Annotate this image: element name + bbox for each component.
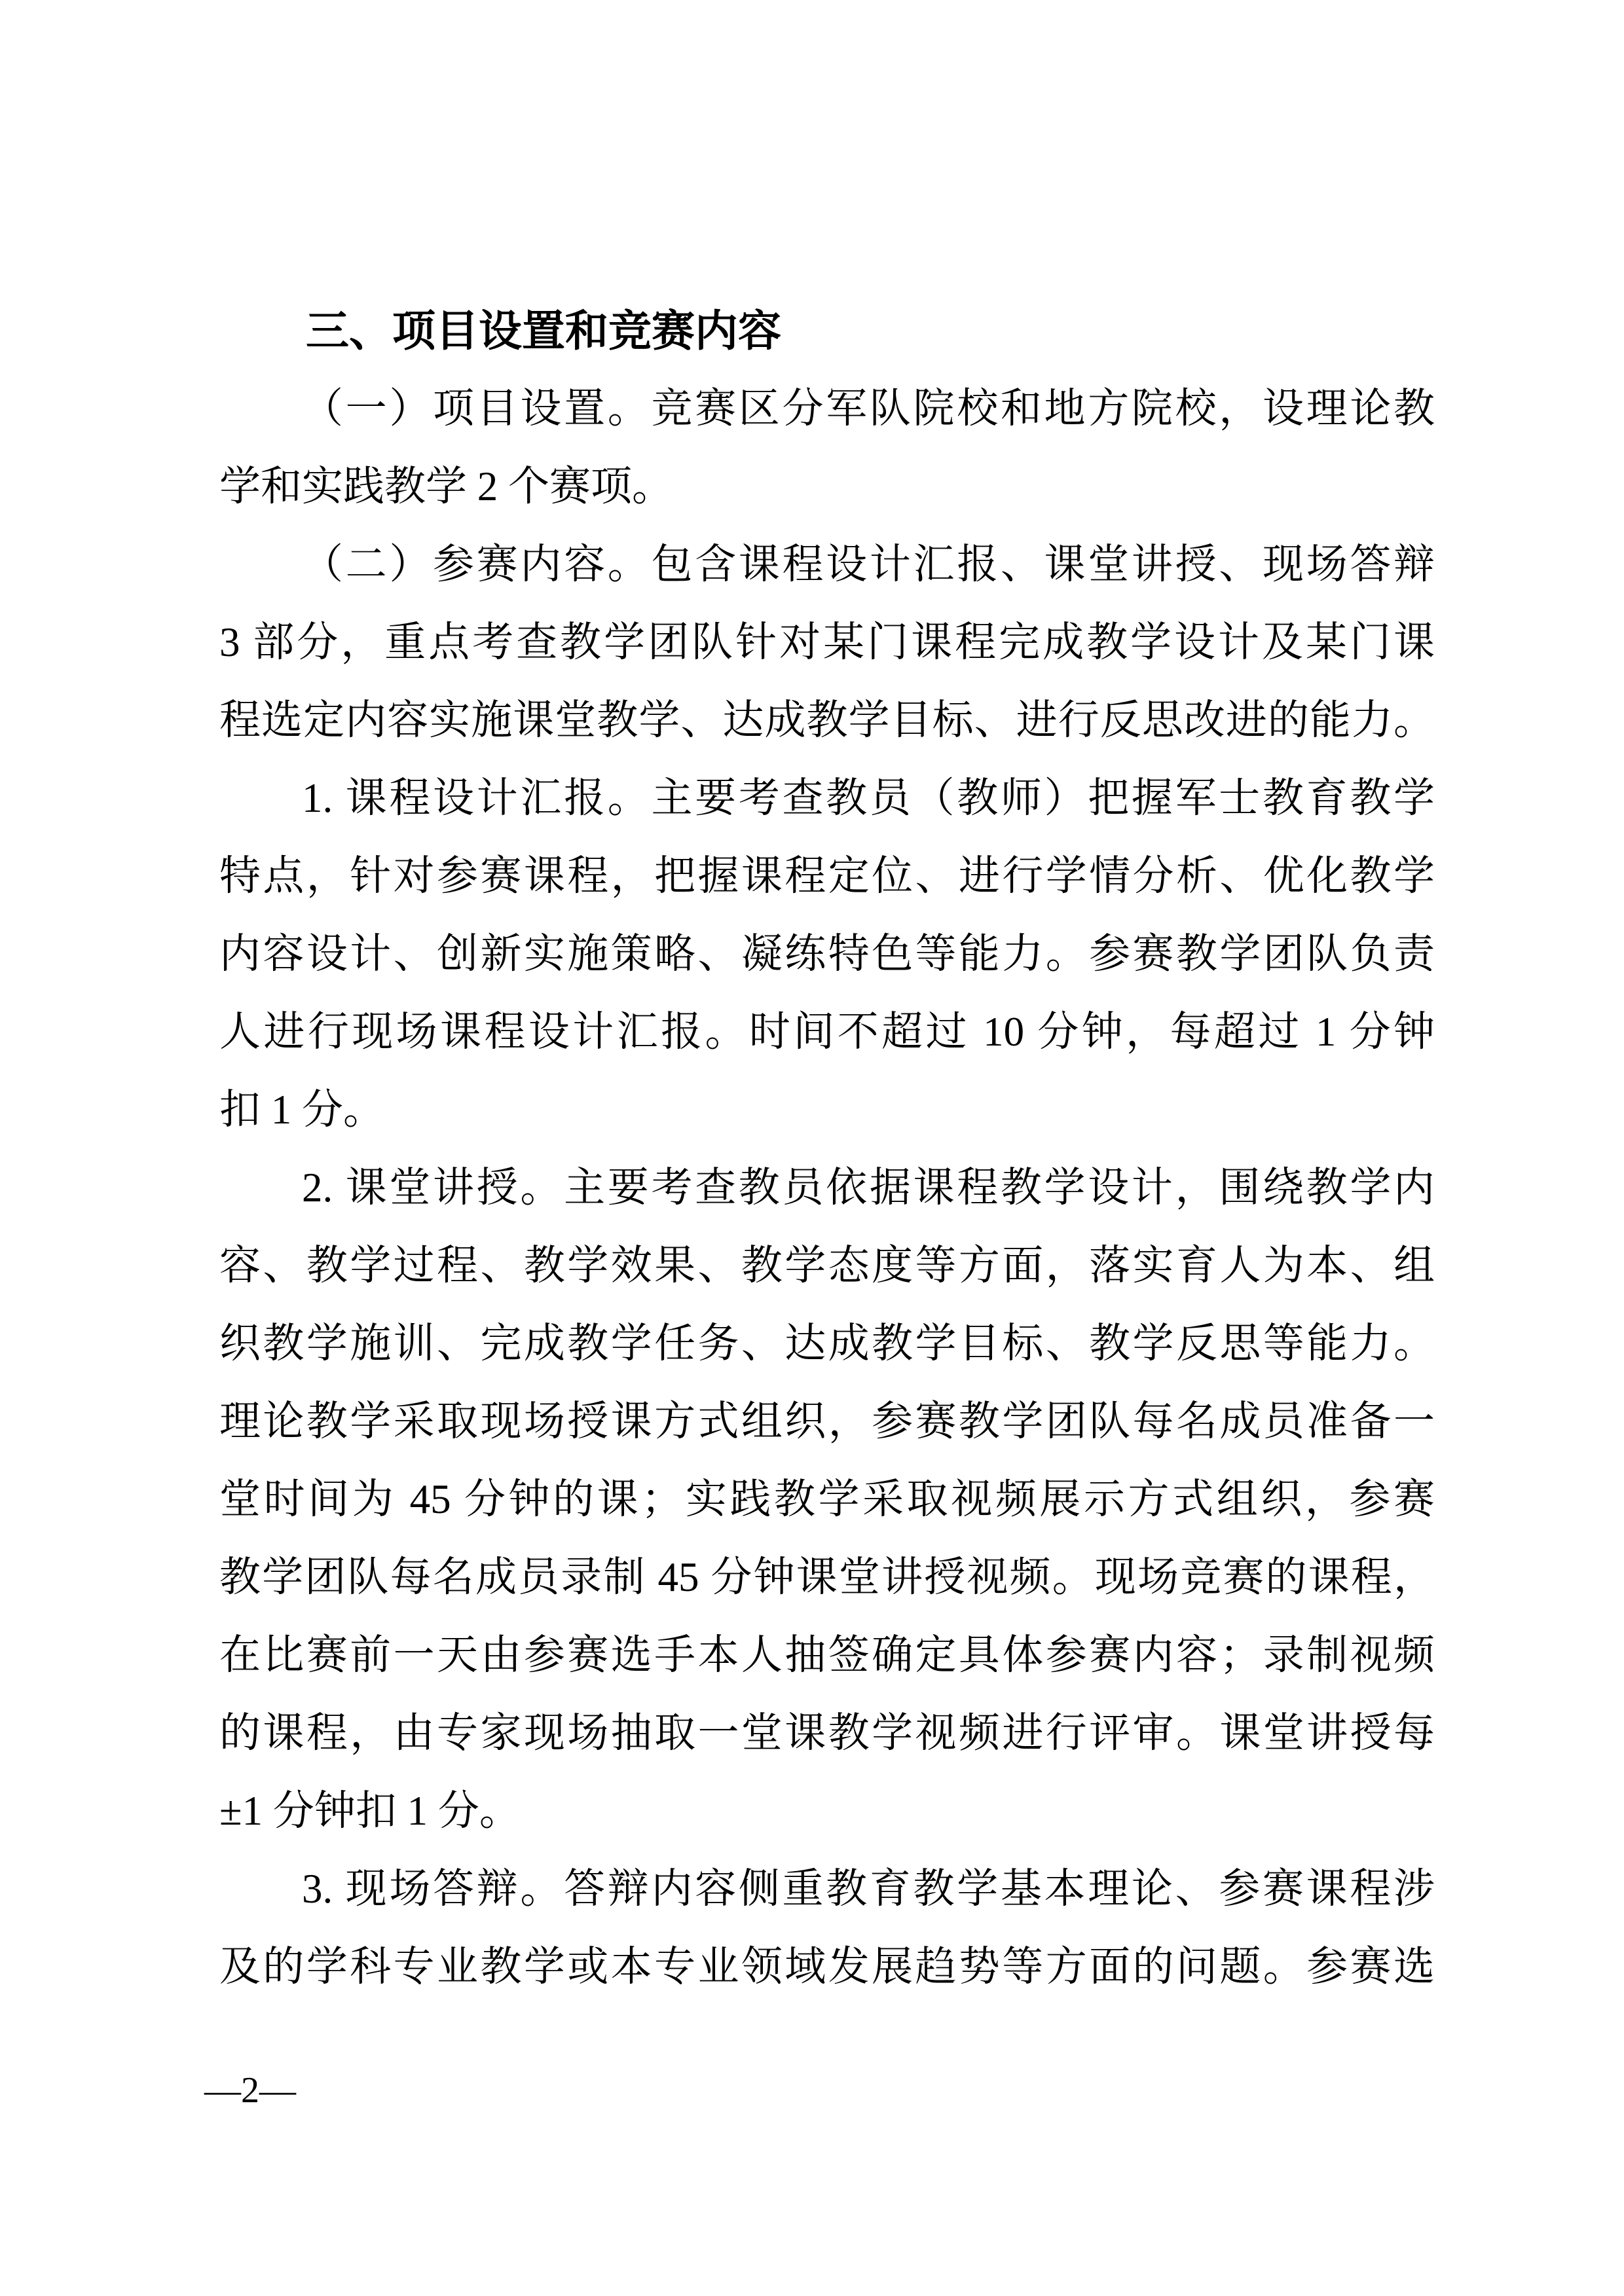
text-line: 堂时间为 45 分钟的课；实践教学采取视频展示方式组织，参赛 xyxy=(219,1461,1435,1539)
text-line: 3 部分，重点考查教学团队针对某门课程完成教学设计及某门课 xyxy=(219,604,1435,682)
text-line: 程选定内容实施课堂教学、达成教学目标、进行反思改进的能力。 xyxy=(219,682,1435,759)
text-line: 的课程，由专家现场抽取一堂课教学视频进行评审。课堂讲授每 xyxy=(219,1694,1435,1772)
text-line: 在比赛前一天由参赛选手本人抽签确定具体参赛内容；录制视频 xyxy=(219,1616,1435,1694)
text-line: 特点，针对参赛课程，把握课程定位、进行学情分析、优化教学 xyxy=(219,837,1435,915)
text-line: 扣 1 分。 xyxy=(219,1071,1435,1149)
text-line: 容、教学过程、教学效果、教学态度等方面，落实育人为本、组 xyxy=(219,1227,1435,1305)
text-line: 1. 课程设计汇报。主要考查教员（教师）把握军士教育教学 xyxy=(219,759,1435,837)
text-line: 教学团队每名成员录制 45 分钟课堂讲授视频。现场竞赛的课程， xyxy=(219,1539,1435,1616)
text-line: ±1 分钟扣 1 分。 xyxy=(219,1772,1435,1850)
document-page: 三、项目设置和竞赛内容 （一）项目设置。竞赛区分军队院校和地方院校，设理论教 学… xyxy=(0,0,1624,2296)
text-line: 3. 现场答辩。答辩内容侧重教育教学基本理论、参赛课程涉 xyxy=(219,1850,1435,1928)
text-line: 理论教学采取现场授课方式组织，参赛教学团队每名成员准备一 xyxy=(219,1383,1435,1461)
text-line: 织教学施训、完成教学任务、达成教学目标、教学反思等能力。 xyxy=(219,1305,1435,1383)
text-line: 内容设计、创新实施策略、凝练特色等能力。参赛教学团队负责 xyxy=(219,915,1435,993)
document-body: 三、项目设置和竞赛内容 （一）项目设置。竞赛区分军队院校和地方院校，设理论教 学… xyxy=(219,292,1435,2006)
section-heading: 三、项目设置和竞赛内容 xyxy=(219,292,1435,370)
text-line: （二）参赛内容。包含课程设计汇报、课堂讲授、现场答辩 xyxy=(219,526,1435,604)
text-line: 学和实践教学 2 个赛项。 xyxy=(219,448,1435,526)
text-line: 2. 课堂讲授。主要考查教员依据课程教学设计，围绕教学内 xyxy=(219,1149,1435,1227)
text-line: 人进行现场课程设计汇报。时间不超过 10 分钟，每超过 1 分钟 xyxy=(219,993,1435,1071)
text-line: （一）项目设置。竞赛区分军队院校和地方院校，设理论教 xyxy=(219,370,1435,448)
page-number: —2— xyxy=(204,2068,296,2113)
text-line: 及的学科专业教学或本专业领域发展趋势等方面的问题。参赛选 xyxy=(219,1928,1435,2006)
